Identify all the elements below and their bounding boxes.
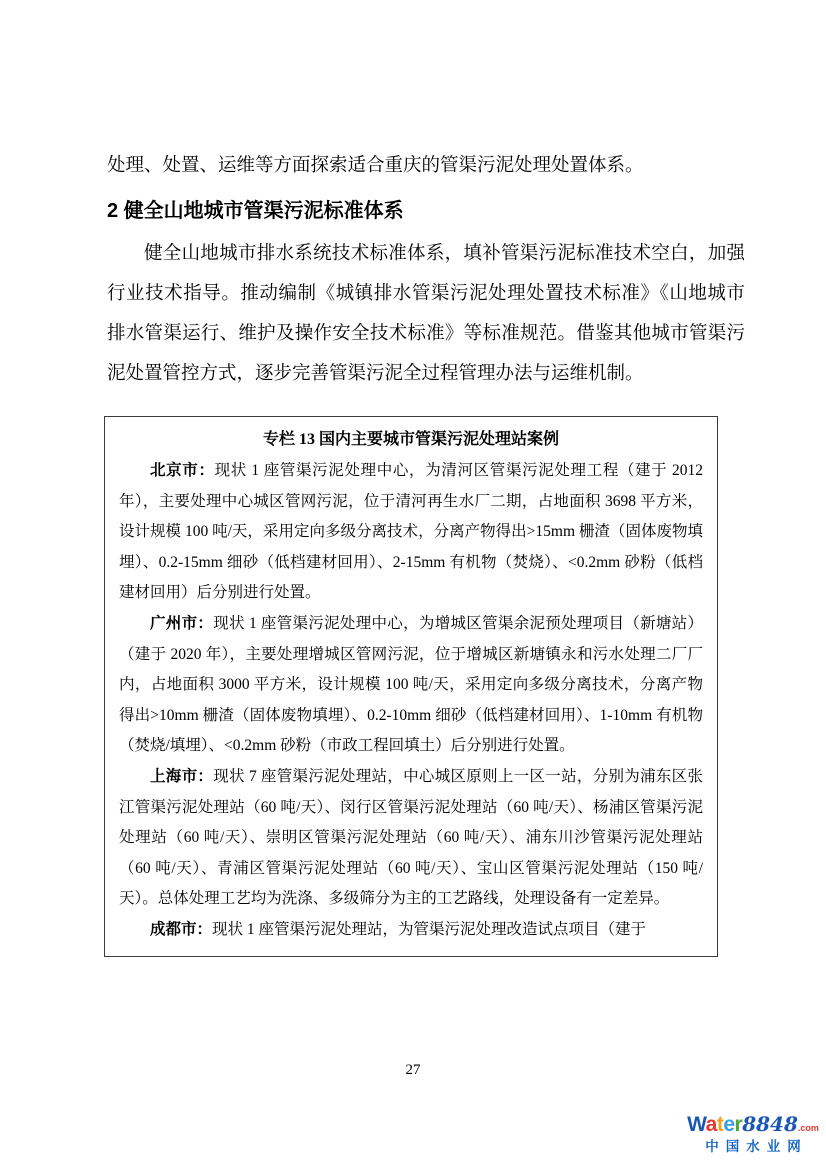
- callout-entry-guangzhou: 广州市：现状 1 座管渠污泥处理中心，为增城区管渠余泥预处理项目（新塘站）（建于…: [119, 609, 703, 762]
- city-label: 成都市：: [150, 921, 212, 938]
- logo-letter: a: [706, 1113, 717, 1136]
- section-heading: 2 健全山地城市管渠污泥标准体系: [107, 197, 745, 225]
- logo-number: 8848: [742, 1112, 798, 1136]
- logo-letter: e: [723, 1113, 734, 1136]
- page-content: 处理、处置、运维等方面探索适合重庆的管渠污泥处理处置体系。 2 健全山地城市管渠…: [107, 0, 745, 957]
- city-label: 上海市：: [150, 768, 213, 785]
- paragraph-continuation: 处理、处置、运维等方面探索适合重庆的管渠污泥处理处置体系。: [107, 152, 745, 180]
- callout-entry-shanghai: 上海市：现状 7 座管渠污泥处理站，中心城区原则上一区一站，分别为浦东区张江管渠…: [119, 762, 703, 915]
- entry-text: 现状 1 座管渠污泥处理中心，为增城区管渠余泥预处理项目（新塘站）（建于 202…: [119, 615, 703, 754]
- entry-text: 现状 1 座管渠污泥处理站，为管渠污泥处理改造试点项目（建于: [212, 921, 646, 938]
- city-label: 广州市：: [150, 615, 213, 632]
- document-page: 处理、处置、运维等方面探索适合重庆的管渠污泥处理处置体系。 2 健全山地城市管渠…: [0, 0, 826, 1169]
- callout-entry-beijing: 北京市：现状 1 座管渠污泥处理中心，为清河区管渠污泥处理工程（建于 2012 …: [119, 456, 703, 609]
- page-number: 27: [0, 1062, 826, 1079]
- city-label: 北京市：: [150, 462, 215, 479]
- logo-wordmark: Water8848.com: [686, 1114, 820, 1135]
- water8848-logo: Water8848.com 中国水业网: [686, 1114, 820, 1154]
- callout-box: 专栏 13 国内主要城市管渠污泥处理站案例 北京市：现状 1 座管渠污泥处理中心…: [104, 416, 718, 957]
- entry-text: 现状 1 座管渠污泥处理中心，为清河区管渠污泥处理工程（建于 2012 年），主…: [119, 462, 703, 601]
- entry-text: 现状 7 座管渠污泥处理站，中心城区原则上一区一站，分别为浦东区张江管渠污泥处理…: [119, 768, 703, 907]
- callout-title: 专栏 13 国内主要城市管渠污泥处理站案例: [119, 427, 703, 453]
- section-paragraph: 健全山地城市排水系统技术标准体系，填补管渠污泥标准技术空白，加强行业技术指导。推…: [107, 234, 745, 394]
- logo-letter: W: [687, 1113, 706, 1136]
- logo-tagline: 中国水业网: [686, 1140, 820, 1154]
- callout-entry-chengdu: 成都市：现状 1 座管渠污泥处理站，为管渠污泥处理改造试点项目（建于: [119, 915, 703, 946]
- logo-dotcom: .com: [798, 1123, 819, 1133]
